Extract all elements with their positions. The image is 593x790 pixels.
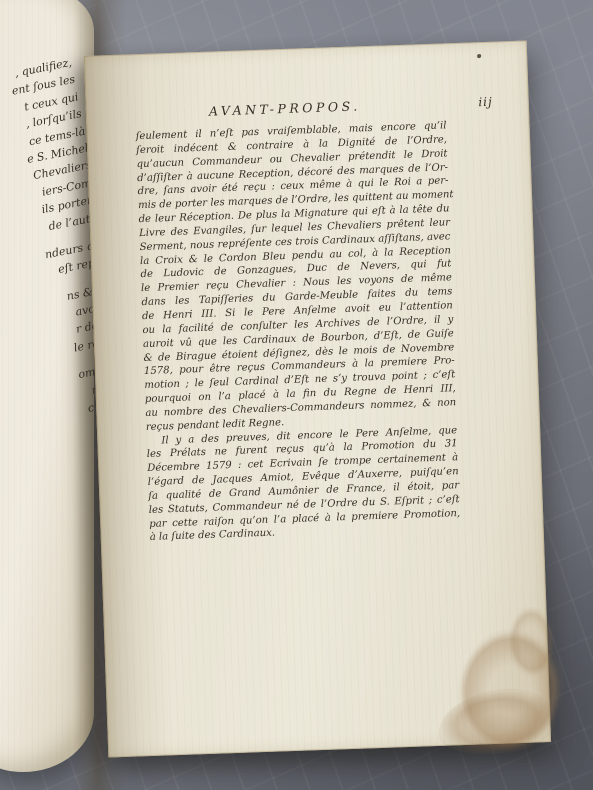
- water-stain-lower: [434, 682, 560, 762]
- book-page: AVANT-PROPOS. iij ſeulement il n’eſt pas…: [84, 40, 551, 757]
- page-number: iij: [478, 95, 493, 109]
- ink-speck: [477, 54, 481, 58]
- water-stain: [452, 624, 568, 756]
- running-title: AVANT-PROPOS.: [135, 96, 435, 121]
- photo-background: , qualifiez,ent ſous lest ceux qui, lorſ…: [0, 0, 593, 790]
- water-stain-upper: [507, 606, 555, 678]
- body-text: ſeulement il n’eſt pas vraiſemblable, ma…: [136, 119, 461, 545]
